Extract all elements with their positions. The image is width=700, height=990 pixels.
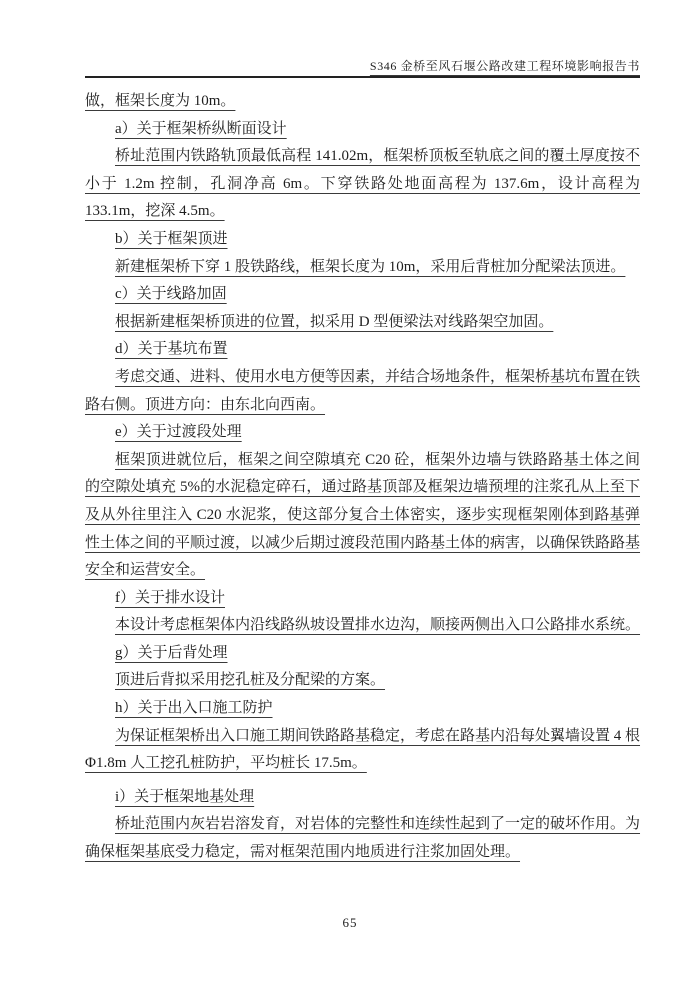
section-paragraph: 考虑交通、进料、使用水电方便等因素，并结合场地条件，框架桥基坑布置在铁路右侧。顶… bbox=[85, 364, 640, 419]
section-heading: f）关于排水设计 bbox=[85, 585, 640, 613]
continuation-paragraph: 做，框架长度为 10m。 bbox=[85, 88, 640, 116]
section-paragraph-text: 框架顶进就位后，框架之间空隙填充 C20 砼，框架外边墙与铁路路基土体之间的空隙… bbox=[85, 452, 640, 578]
section-heading-text: f）关于排水设计 bbox=[115, 590, 225, 606]
section-heading: c）关于线路加固 bbox=[85, 281, 640, 309]
section-heading-text: d）关于基坑布置 bbox=[115, 341, 228, 357]
section-paragraph: 为保证框架桥出入口施工期间铁路路基稳定，考虑在路基内沿每处翼墙设置 4 根Φ1.… bbox=[85, 723, 640, 778]
section-heading: d）关于基坑布置 bbox=[85, 336, 640, 364]
section-paragraph: 顶进后背拟采用挖孔桩及分配梁的方案。 bbox=[85, 667, 640, 695]
page-number: 65 bbox=[343, 915, 358, 930]
section-heading: b）关于框架顶进 bbox=[85, 226, 640, 254]
section-paragraph: 根据新建框架桥顶进的位置，拟采用 D 型便梁法对线路架空加固。 bbox=[85, 309, 640, 337]
section-paragraph: 桥址范围内铁路轨顶最低高程 141.02m，框架桥顶板至轨底之间的覆土厚度按不小… bbox=[85, 143, 640, 226]
section-paragraph: 新建框架桥下穿 1 股铁路线，框架长度为 10m，采用后背桩加分配梁法顶进。 bbox=[85, 254, 640, 282]
section-heading: a）关于框架桥纵断面设计 bbox=[85, 116, 640, 144]
section-paragraph-text: 桥址范围内灰岩岩溶发育，对岩体的完整性和连续性起到了一定的破坏作用。为确保框架基… bbox=[85, 816, 640, 860]
section-heading-text: b）关于框架顶进 bbox=[115, 231, 228, 247]
section-heading-text: g）关于后背处理 bbox=[115, 645, 228, 661]
section-paragraph-text: 根据新建框架桥顶进的位置，拟采用 D 型便梁法对线路架空加固。 bbox=[115, 314, 553, 330]
section-heading-text: i）关于框架地基处理 bbox=[115, 789, 254, 805]
continuation-text: 做，框架长度为 10m。 bbox=[85, 93, 235, 109]
page-header: S346 金桥至风石堰公路改建工程环境影响报告书 bbox=[85, 0, 640, 78]
section-paragraph-text: 本设计考虑框架体内沿线路纵坡设置排水边沟，顺接两侧出入口公路排水系统。 bbox=[115, 617, 640, 633]
section-paragraph: 框架顶进就位后，框架之间空隙填充 C20 砼，框架外边墙与铁路路基土体之间的空隙… bbox=[85, 447, 640, 585]
section-heading-text: a）关于框架桥纵断面设计 bbox=[115, 121, 287, 137]
section-paragraph: 桥址范围内灰岩岩溶发育，对岩体的完整性和连续性起到了一定的破坏作用。为确保框架基… bbox=[85, 811, 640, 866]
section-heading: g）关于后背处理 bbox=[85, 640, 640, 668]
section-heading-text: e）关于过渡段处理 bbox=[115, 424, 242, 440]
section-heading: i）关于框架地基处理 bbox=[85, 784, 640, 812]
section-paragraph: 本设计考虑框架体内沿线路纵坡设置排水边沟，顺接两侧出入口公路排水系统。 bbox=[85, 612, 640, 640]
section-heading: e）关于过渡段处理 bbox=[85, 419, 640, 447]
section-heading-text: h）关于出入口施工防护 bbox=[115, 700, 273, 716]
page-footer: 65 bbox=[0, 915, 700, 931]
section-heading-text: c）关于线路加固 bbox=[115, 286, 227, 302]
section-paragraph-text: 顶进后背拟采用挖孔桩及分配梁的方案。 bbox=[115, 672, 385, 688]
document-body: 做，框架长度为 10m。 a）关于框架桥纵断面设计 桥址范围内铁路轨顶最低高程 … bbox=[85, 88, 640, 867]
document-page: S346 金桥至风石堰公路改建工程环境影响报告书 做，框架长度为 10m。 a）… bbox=[0, 0, 700, 990]
section-paragraph-text: 考虑交通、进料、使用水电方便等因素，并结合场地条件，框架桥基坑布置在铁路右侧。顶… bbox=[85, 369, 640, 413]
section-paragraph-text: 为保证框架桥出入口施工期间铁路路基稳定，考虑在路基内沿每处翼墙设置 4 根Φ1.… bbox=[85, 728, 640, 772]
section-paragraph-text: 桥址范围内铁路轨顶最低高程 141.02m，框架桥顶板至轨底之间的覆土厚度按不小… bbox=[85, 148, 640, 219]
report-title: S346 金桥至风石堰公路改建工程环境影响报告书 bbox=[370, 57, 640, 74]
section-heading: h）关于出入口施工防护 bbox=[85, 695, 640, 723]
section-paragraph-text: 新建框架桥下穿 1 股铁路线，框架长度为 10m，采用后背桩加分配梁法顶进。 bbox=[115, 259, 625, 275]
